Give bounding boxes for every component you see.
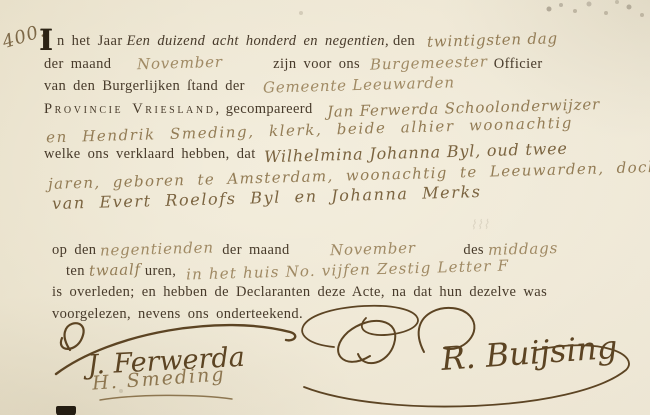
dropcap-initial: I bbox=[39, 23, 53, 57]
printed-italic-text: Een duizend acht honderd en negentien, bbox=[127, 33, 389, 49]
signature-flourish bbox=[61, 323, 84, 350]
signature-flourish bbox=[338, 321, 395, 363]
next-record-partial-initial bbox=[56, 406, 76, 415]
printed-text: n het Jaar bbox=[57, 33, 123, 49]
handwritten-entry: twintigsten dag bbox=[427, 29, 558, 51]
printed-text: Officier bbox=[494, 56, 543, 72]
handwritten-entry: November bbox=[137, 53, 223, 73]
handwritten-entry: negentienden bbox=[100, 238, 214, 259]
printed-text: der maand bbox=[44, 56, 111, 72]
handwritten-entry: Gemeente Leeuwarden bbox=[263, 73, 455, 96]
printed-text: der maand bbox=[222, 242, 289, 258]
signature-buijsing: R. Buijsing bbox=[274, 292, 646, 415]
act-line-6: welke ons verklaard hebben, dat Wilhelmi… bbox=[44, 143, 567, 163]
handwritten-entry: November bbox=[329, 239, 415, 259]
printed-text: op den bbox=[52, 242, 96, 258]
printed-text: zijn voor ons bbox=[273, 56, 360, 72]
handwritten-entry: Burgemeester bbox=[370, 52, 488, 73]
act-line-7: jaren, geboren te Amsterdam, woonachtig … bbox=[48, 166, 650, 185]
printed-text: des bbox=[463, 242, 484, 258]
printed-text: van den Burgerlijken ſtand der bbox=[44, 78, 245, 94]
act-line-9: op den negentienden der maand November d… bbox=[52, 240, 558, 259]
handwritten-entry: in het huis No. vijfen Zestig Letter F bbox=[186, 256, 510, 283]
act-line-3: van den Burgerlijken ſtand der Gemeente … bbox=[44, 76, 455, 95]
printed-text: welke ons verklaard hebben, dat bbox=[44, 146, 256, 162]
signature-smeding-underline bbox=[96, 392, 236, 406]
printed-text: den bbox=[393, 33, 415, 49]
printed-text: gecompareerd bbox=[226, 101, 313, 117]
signature-flourish bbox=[302, 306, 418, 347]
signature-name: R. Buijsing bbox=[439, 328, 619, 378]
act-line-1: n het Jaar Een duizend acht honderd en n… bbox=[57, 31, 558, 50]
act-line-5: en Hendrik Smeding, klerk, beide alhier … bbox=[46, 121, 573, 140]
act-line-2: der maand November zijn voor ons Burgeme… bbox=[44, 54, 543, 73]
signature-flourish bbox=[100, 395, 232, 400]
printed-text: ten bbox=[66, 263, 85, 279]
scanned-death-record: 400. I n het Jaar Een duizend acht honde… bbox=[0, 0, 650, 415]
printed-text: uren, bbox=[145, 263, 176, 279]
act-line-10: ten twaalf uren, in het huis No. vijfen … bbox=[66, 261, 509, 280]
printed-smallcaps-text: Provincie Vriesland, bbox=[44, 101, 222, 117]
ink-showthrough: ⌇⌇⌇ bbox=[470, 218, 490, 234]
paper-speckles bbox=[0, 0, 2, 2]
handwritten-entry: twaalf bbox=[89, 260, 141, 279]
act-line-8: van Evert Roelofs Byl en Johanna Merks bbox=[52, 188, 482, 208]
